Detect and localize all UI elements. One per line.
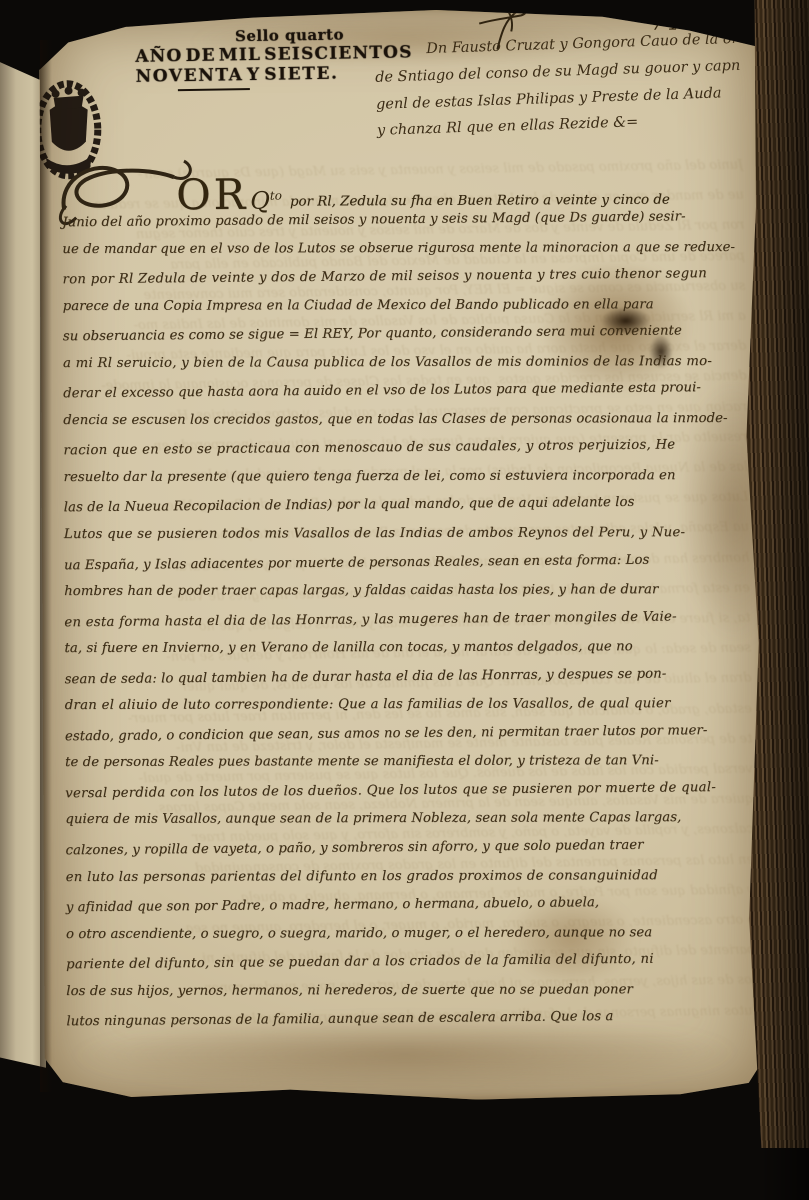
stamp-line-year-2: NOVENTA Y SIETE. [136, 62, 414, 86]
body-text: Junio del año proximo pasado de mil seis… [62, 204, 766, 1036]
body-line: su obseruancia es como se sigue = El REY… [63, 317, 763, 352]
gutter-shadow [40, 40, 52, 1092]
body-line: Lutos que se pusieren todos mis Vasallos… [64, 519, 764, 550]
body-line: lutos ningunas personas de la familia, a… [66, 1002, 766, 1037]
body-line: ue de mandar que en el vso de los Lutos … [62, 233, 762, 264]
body-line: calzones, y ropilla de vayeta, o paño, y… [65, 831, 765, 866]
body-line: dran el aliuio de luto correspondiente: … [65, 690, 765, 721]
body-line: en luto las personas parientas del difun… [66, 861, 766, 892]
fore-edge-shadow [760, 0, 809, 1200]
body-line: ron por Rl Zedula de veinte y dos de Mar… [62, 260, 762, 295]
header-block: Dn Fausto Cruzat y Gongora Cauo de la or… [374, 24, 787, 145]
body-line: ua España, y Islas adiacentes por muerte… [64, 545, 764, 580]
tax-stamp-heading: Sello quarto AÑO DE MIL SEISCIENTOS NOVE… [135, 24, 413, 91]
photo-backdrop: Junio del año proximo pasado de mil seis… [0, 0, 809, 1200]
manuscript-page: Junio del año proximo pasado de mil seis… [39, 6, 767, 1102]
body-line: las de la Nueua Recopilacion de Indias) … [64, 488, 764, 523]
body-line: Junio del año proximo pasado de mil seis… [62, 203, 762, 238]
body-line: derar el excesso que hasta aora ha auido… [63, 374, 763, 409]
body-line: te de personas Reales pues bastante ment… [65, 747, 765, 778]
body-line: hombres han de poder traer capas largas,… [64, 576, 764, 607]
body-line: quiera de mis Vasallos, aunque sean de l… [65, 804, 765, 835]
body-line: racion que en esto se practicaua con men… [63, 431, 763, 466]
stamp-underline [178, 88, 250, 91]
body-line: y afinidad que son por Padre, o madre, h… [66, 888, 766, 923]
body-line: ta, si fuere en Invierno, y en Verano de… [64, 633, 764, 664]
body-line: pariente del difunto, sin que se puedan … [66, 945, 766, 980]
